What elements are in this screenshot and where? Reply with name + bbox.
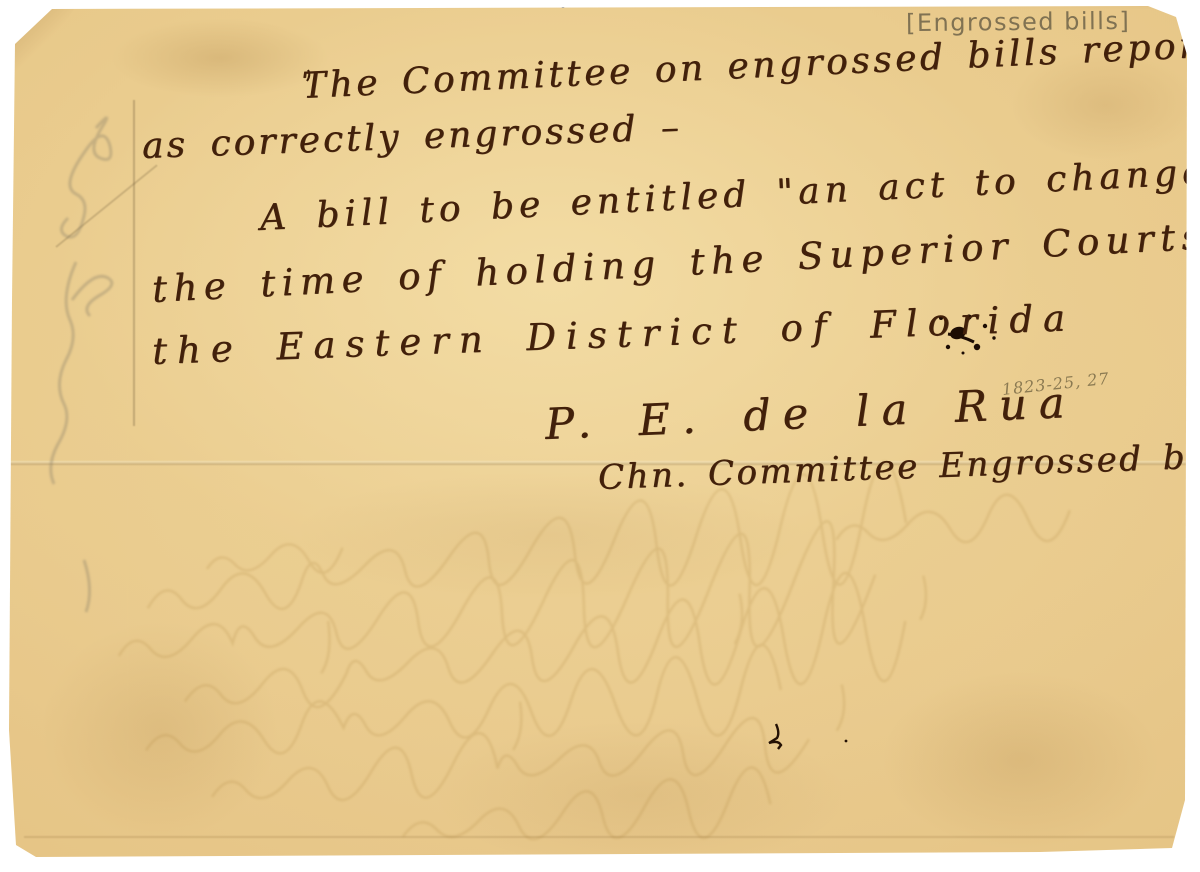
fold-crease-diagonal bbox=[55, 164, 157, 247]
paper-stain bbox=[880, 670, 1160, 850]
scanned-document: The Committee on engrossed bills report … bbox=[0, 0, 1200, 872]
corner-fold bbox=[8, 4, 78, 104]
body-line-5: the Eastern District of Florida bbox=[151, 296, 1075, 373]
signature-title: Chn. Committee Engrossed bills bbox=[597, 435, 1200, 498]
archival-label: [Engrossed bills] bbox=[906, 7, 1131, 37]
body-line-2: as correctly engrossed – bbox=[141, 107, 682, 167]
small-ink-mark bbox=[769, 724, 781, 749]
paper-stain bbox=[110, 18, 330, 98]
fold-crease-vertical bbox=[133, 100, 135, 426]
paper-stain bbox=[40, 620, 280, 840]
paper-sheet: The Committee on engrossed bills report … bbox=[0, 0, 1200, 872]
ink-speck bbox=[845, 740, 848, 743]
edge-speck bbox=[560, 2, 566, 8]
signature: P. E. de la Rua bbox=[544, 378, 1077, 450]
body-line-1: The Committee on engrossed bills report bbox=[301, 24, 1200, 107]
paper-stain bbox=[430, 720, 850, 870]
fold-crease-bottom bbox=[24, 836, 1174, 838]
